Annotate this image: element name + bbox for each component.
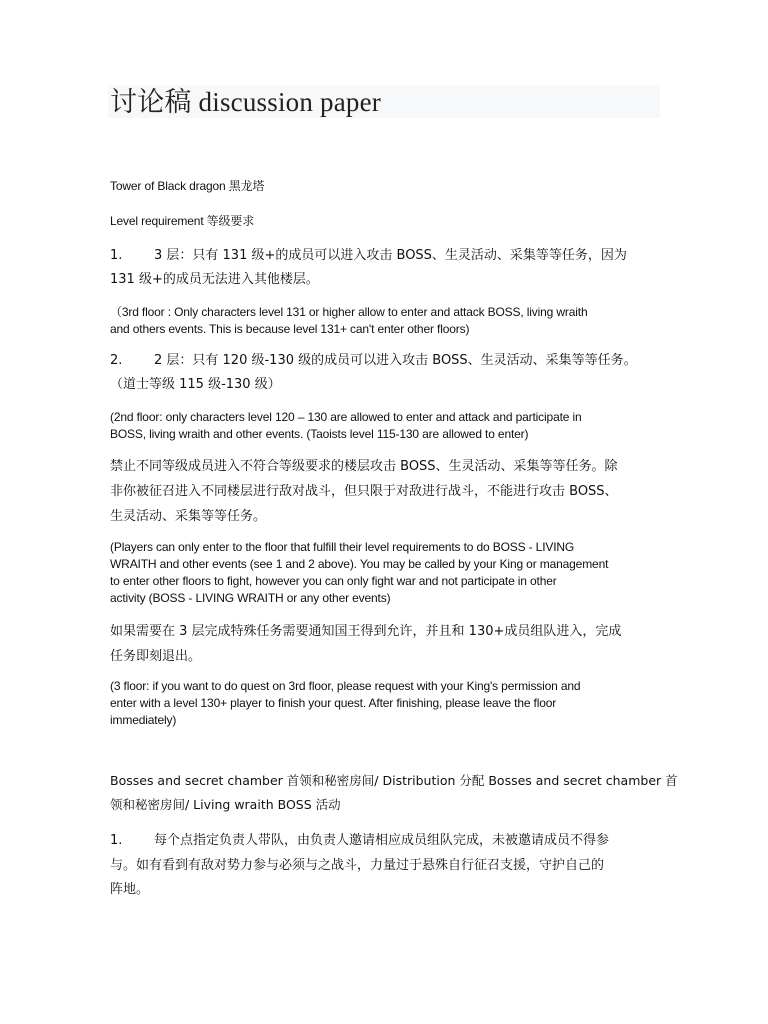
level-requirement-heading: Level requirement 等级要求 <box>110 213 254 230</box>
section-2-item-1-number: 1. <box>110 829 154 853</box>
document-title: 讨论稿 discussion paper <box>110 86 381 118</box>
rule-zh-line-1: 禁止不同等级成员进入不符合等级要求的楼层攻击 BOSS、生灵活动、采集等等任务。… <box>110 455 618 479</box>
item-1-en-line-1: （3rd floor : Only characters level 131 o… <box>110 304 587 321</box>
item-1-zh-line-2: 131 级+的成员无法进入其他楼层。 <box>110 268 319 292</box>
quest-en-line-2: enter with a level 130+ player to finish… <box>110 695 556 712</box>
item-1-number: 1. <box>110 244 154 268</box>
quest-zh-line-1: 如果需要在 3 层完成特殊任务需要通知国王得到允许，并且和 130+成员组队进入… <box>110 620 621 644</box>
section-2-item-1-line-3: 阵地。 <box>110 878 149 902</box>
item-2-number: 2. <box>110 349 154 373</box>
item-2-zh-line-2: （道士等级 115 级-130 级） <box>110 373 281 397</box>
document-page: 讨论稿 discussion paper Tower of Black drag… <box>0 0 768 1024</box>
section-2-heading-line-2: 领和秘密房间/ Living wraith BOSS 活动 <box>110 793 341 817</box>
quest-en-line-1: (3 floor: if you want to do quest on 3rd… <box>110 678 580 695</box>
item-1-en-line-2: and others events. This is because level… <box>110 321 469 338</box>
section-2-item-1-line-2: 与。如有看到有敌对势力参与必须与之战斗，力量过于悬殊自行征召支援，守护自己的 <box>110 854 604 878</box>
rule-en-line-2: WRAITH and other events (see 1 and 2 abo… <box>110 556 608 573</box>
quest-zh-line-2: 任务即刻退出。 <box>110 645 201 669</box>
item-2-en-line-2: BOSS, living wraith and other events. (T… <box>110 426 528 443</box>
section-2-heading-line-1: Bosses and secret chamber 首领和秘密房间/ Distr… <box>110 769 678 793</box>
rule-en-line-3: to enter other floors to fight, however … <box>110 573 557 590</box>
item-1-zh-line-1: 1.3 层：只有 131 级+的成员可以进入攻击 BOSS、生灵活动、采集等等任… <box>110 244 627 268</box>
rule-en-line-1: (Players can only enter to the floor tha… <box>110 539 574 556</box>
section-2-item-1-line-1: 1.每个点指定负责人带队，由负责人邀请相应成员组队完成，未被邀请成员不得参 <box>110 829 609 853</box>
item-2-zh-line-1: 2.2 层：只有 120 级-130 级的成员可以进入攻击 BOSS、生灵活动、… <box>110 349 637 373</box>
rule-zh-line-3: 生灵活动、采集等等任务。 <box>110 505 266 529</box>
rule-en-line-4: activity (BOSS - LIVING WRAITH or any ot… <box>110 590 390 607</box>
quest-en-line-3: immediately) <box>110 712 176 729</box>
document-heading: Tower of Black dragon 黑龙塔 <box>110 178 264 195</box>
rule-zh-line-2: 非你被征召进入不同楼层进行敌对战斗，但只限于对敌进行战斗，不能进行攻击 BOSS… <box>110 480 618 504</box>
item-2-en-line-1: (2nd floor: only characters level 120 – … <box>110 409 582 426</box>
item-2-zh-text: 2 层：只有 120 级-130 级的成员可以进入攻击 BOSS、生灵活动、采集… <box>154 353 637 368</box>
section-2-item-1-text: 每个点指定负责人带队，由负责人邀请相应成员组队完成，未被邀请成员不得参 <box>154 833 609 848</box>
item-1-zh-text: 3 层：只有 131 级+的成员可以进入攻击 BOSS、生灵活动、采集等等任务，… <box>154 248 627 263</box>
